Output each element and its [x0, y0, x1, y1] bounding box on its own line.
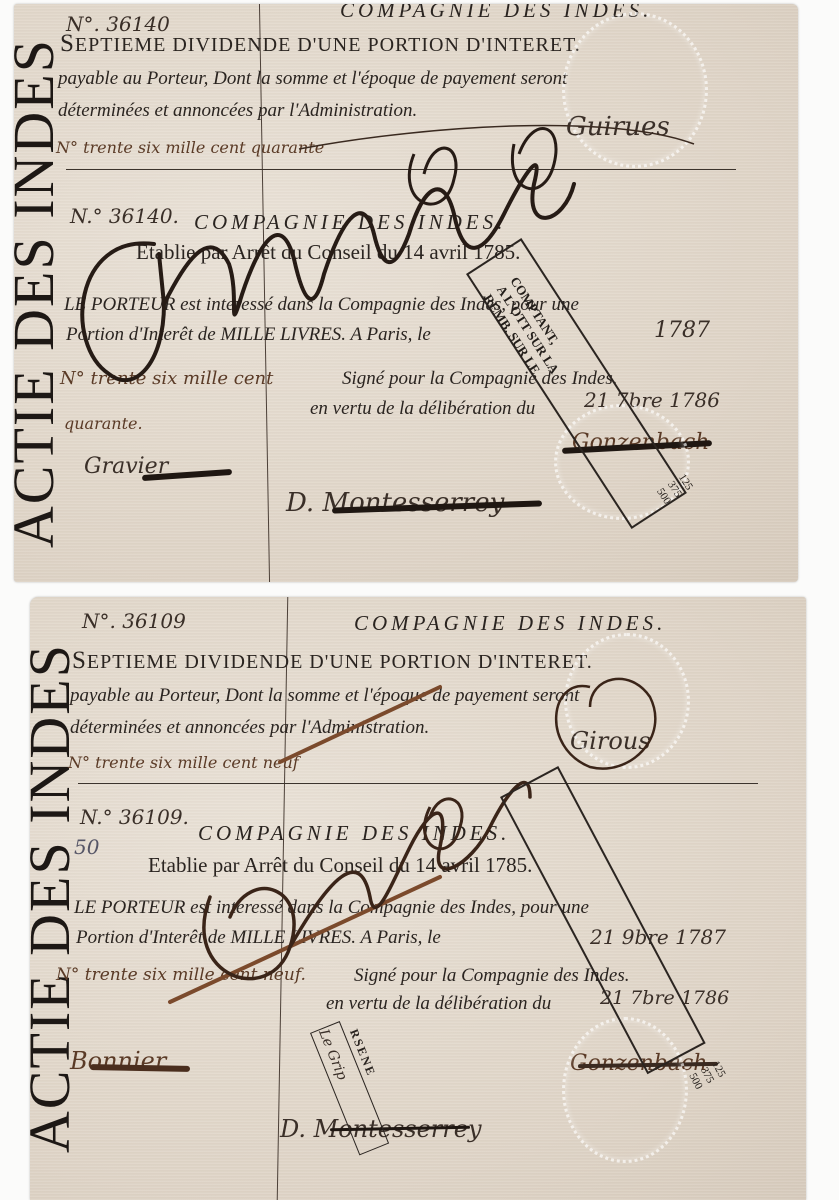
document-share-36140: ACTIE DES INDES N°. 36140 COMPAGNIE DES … [14, 4, 798, 582]
document-share-36109: ACTIE DES INDES N°. 36109 COMPAGNIE DES … [30, 597, 806, 1200]
cancellation-scrawl [30, 597, 806, 1200]
